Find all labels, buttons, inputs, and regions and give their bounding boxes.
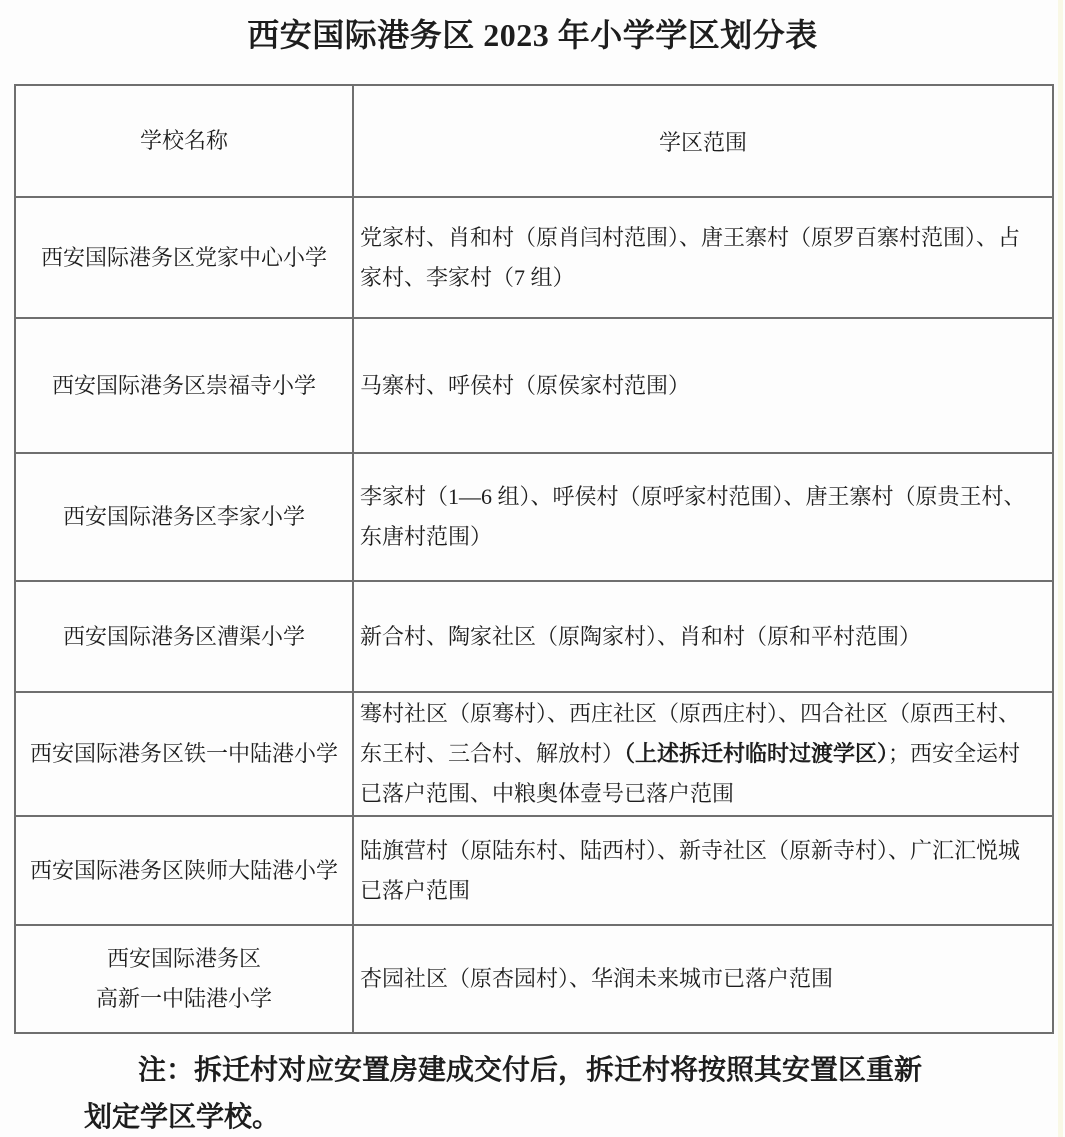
table-row: 西安国际港务区崇福寺小学马寨村、呼侯村（原侯家村范围） [15, 318, 1053, 453]
table-body: 西安国际港务区党家中心小学党家村、肖和村（原肖闫村范围）、唐王寨村（原罗百寨村范… [15, 197, 1053, 1033]
footnote: 注：拆迁村对应安置房建成交付后，拆迁村将按照其安置区重新 划定学区学校。 [84, 1047, 1025, 1137]
school-name-cell: 西安国际港务区李家小学 [15, 453, 353, 581]
district-range-cell: 马寨村、呼侯村（原侯家村范围） [353, 318, 1053, 453]
range-text-segment: 陆旗营村（原陆东村、陆西村）、新寺社区（原新寺村）、广汇汇悦城已落户范围 [360, 838, 1020, 903]
district-range-cell: 骞村社区（原骞村）、西庄社区（原西庄村）、四合社区（原西王村、东王村、三合村、解… [353, 692, 1053, 816]
column-header-school: 学校名称 [15, 85, 353, 197]
district-range-cell: 李家村（1—6 组）、呼侯村（原呼家村范围）、唐王寨村（原贵王村、东唐村范围） [353, 453, 1053, 581]
school-name-cell: 西安国际港务区党家中心小学 [15, 197, 353, 318]
scan-artifact-strip [1058, 0, 1063, 1137]
school-name-line: 西安国际港务区李家小学 [16, 497, 352, 537]
school-district-table: 学校名称 学区范围 西安国际港务区党家中心小学党家村、肖和村（原肖闫村范围）、唐… [14, 84, 1054, 1034]
table-row: 西安国际港务区党家中心小学党家村、肖和村（原肖闫村范围）、唐王寨村（原罗百寨村范… [15, 197, 1053, 318]
school-name-cell: 西安国际港务区高新一中陆港小学 [15, 925, 353, 1033]
school-name-line: 西安国际港务区崇福寺小学 [16, 366, 352, 406]
range-text-segment: 马寨村、呼侯村（原侯家村范围） [360, 373, 690, 398]
range-text-segment: 杏园社区（原杏园村）、华润未来城市已落户范围 [360, 966, 833, 991]
school-name-line: 高新一中陆港小学 [16, 979, 352, 1019]
school-name-line: 西安国际港务区陕师大陆港小学 [16, 851, 352, 891]
district-range-cell: 党家村、肖和村（原肖闫村范围）、唐王寨村（原罗百寨村范围）、占家村、李家村（7 … [353, 197, 1053, 318]
district-range-cell: 新合村、陶家社区（原陶家村）、肖和村（原和平村范围） [353, 581, 1053, 692]
page-title: 西安国际港务区 2023 年小学学区划分表 [0, 10, 1065, 56]
range-text-segment: 党家村、肖和村（原肖闫村范围）、唐王寨村（原罗百寨村范围）、占家村、李家村（7 … [360, 225, 1020, 290]
table-row: 西安国际港务区高新一中陆港小学杏园社区（原杏园村）、华润未来城市已落户范围 [15, 925, 1053, 1033]
district-range-cell: 陆旗营村（原陆东村、陆西村）、新寺社区（原新寺村）、广汇汇悦城已落户范围 [353, 816, 1053, 925]
footnote-line-1: 注：拆迁村对应安置房建成交付后，拆迁村将按照其安置区重新 [138, 1047, 1025, 1094]
range-text-segment: 李家村（1—6 组）、呼侯村（原呼家村范围）、唐王寨村（原贵王村、东唐村范围） [360, 484, 1026, 549]
table-row: 西安国际港务区铁一中陆港小学骞村社区（原骞村）、西庄社区（原西庄村）、四合社区（… [15, 692, 1053, 816]
header-row: 学校名称 学区范围 [15, 85, 1053, 197]
school-name-cell: 西安国际港务区崇福寺小学 [15, 318, 353, 453]
school-name-line: 西安国际港务区铁一中陆港小学 [16, 734, 352, 774]
table-row: 西安国际港务区李家小学李家村（1—6 组）、呼侯村（原呼家村范围）、唐王寨村（原… [15, 453, 1053, 581]
range-text-segment: 新合村、陶家社区（原陶家村）、肖和村（原和平村范围） [360, 624, 921, 649]
school-name-cell: 西安国际港务区陕师大陆港小学 [15, 816, 353, 925]
page: 西安国际港务区 2023 年小学学区划分表 学校名称 学区范围 西安国际港务区党… [0, 10, 1065, 1137]
school-name-cell: 西安国际港务区漕渠小学 [15, 581, 353, 692]
column-header-range: 学区范围 [353, 85, 1053, 197]
footnote-line-2: 划定学区学校。 [84, 1094, 1025, 1137]
school-name-cell: 西安国际港务区铁一中陆港小学 [15, 692, 353, 816]
table-row: 西安国际港务区陕师大陆港小学陆旗营村（原陆东村、陆西村）、新寺社区（原新寺村）、… [15, 816, 1053, 925]
range-text-segment: （上述拆迁村临时过渡学区） [624, 741, 888, 766]
table-row: 西安国际港务区漕渠小学新合村、陶家社区（原陶家村）、肖和村（原和平村范围） [15, 581, 1053, 692]
school-name-line: 西安国际港务区 [16, 939, 352, 979]
school-name-line: 西安国际港务区漕渠小学 [16, 617, 352, 657]
district-range-cell: 杏园社区（原杏园村）、华润未来城市已落户范围 [353, 925, 1053, 1033]
school-name-line: 西安国际港务区党家中心小学 [16, 238, 352, 278]
